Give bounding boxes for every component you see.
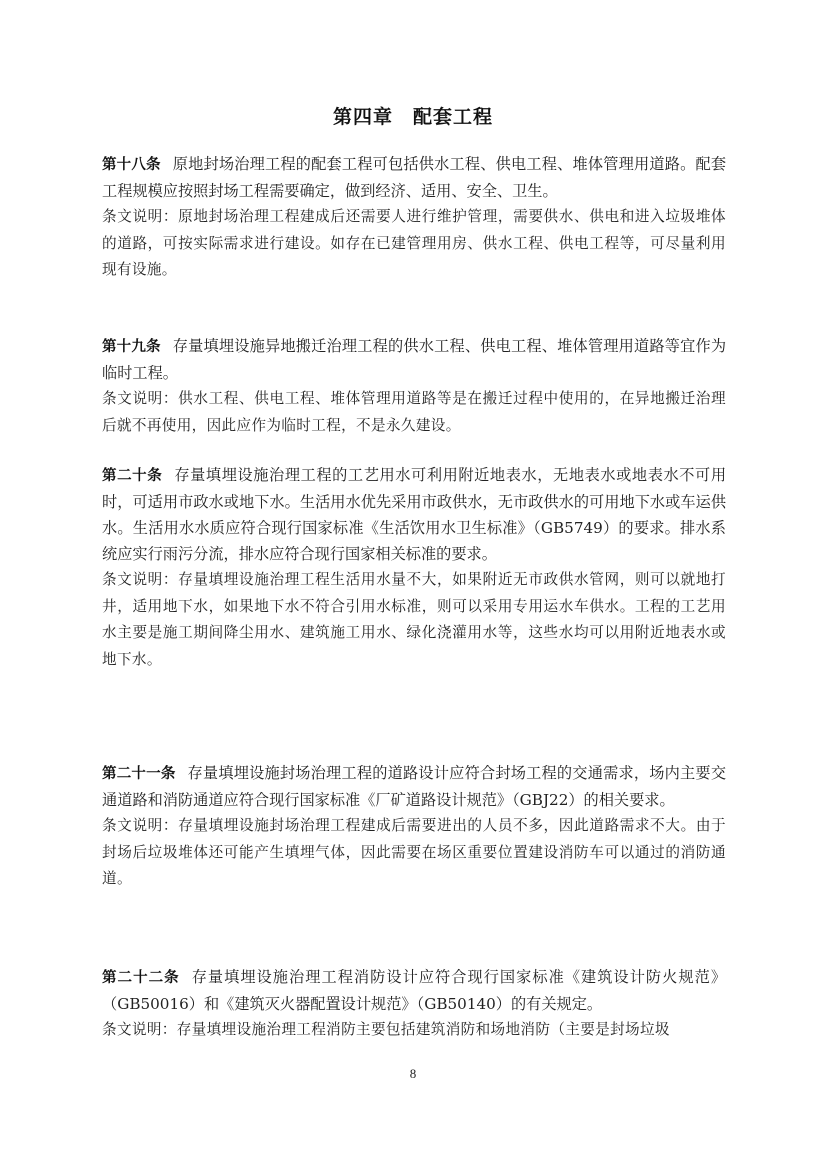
article-body: 存量填埋设施异地搬迁治理工程的供水工程、供电工程、堆体管理用道路等宜作为临时工程… xyxy=(102,337,726,382)
article-explanation: 条文说明：存量填埋设施封场治理工程建成后需要进出的人员不多，因此道路需求不大。由… xyxy=(102,813,726,893)
article-body: 存量填埋设施封场治理工程的道路设计应符合封场工程的交通需求，场内主要交通道路和消… xyxy=(102,764,726,809)
article-explanation: 条文说明：原地封场治理工程建成后还需要人进行维护管理，需要供水、供电和进入垃圾堆… xyxy=(102,204,726,284)
article-18: 第十八条原地封场治理工程的配套工程可包括供水工程、供电工程、堆体管理用道路。配套… xyxy=(102,151,726,284)
article-number: 第二十一条 xyxy=(102,766,176,782)
document-page: 第四章 配套工程 第十八条原地封场治理工程的配套工程可包括供水工程、供电工程、堆… xyxy=(0,0,826,1169)
article-21: 第二十一条存量填埋设施封场治理工程的道路设计应符合封场工程的交通需求，场内主要交… xyxy=(102,760,726,893)
article-explanation: 条文说明：供水工程、供电工程、堆体管理用道路等是在搬迁过程中使用的，在异地搬迁治… xyxy=(102,386,726,439)
article-body: 存量填埋设施治理工程消防设计应符合现行国家标准《建筑设计防火规范》（GB5001… xyxy=(102,968,726,1013)
article-body: 存量填埋设施治理工程的工艺用水可利用附近地表水，无地表水或地表水不可用时，可适用… xyxy=(102,466,726,563)
article-20: 第二十条存量填埋设施治理工程的工艺用水可利用附近地表水，无地表水或地表水不可用时… xyxy=(102,462,726,673)
article-text: 第二十一条存量填埋设施封场治理工程的道路设计应符合封场工程的交通需求，场内主要交… xyxy=(102,760,726,813)
article-number: 第二十条 xyxy=(102,468,162,484)
article-explanation: 条文说明：存量填埋设施治理工程生活用水量不大，如果附近无市政供水管网，则可以就地… xyxy=(102,567,726,673)
article-body: 原地封场治理工程的配套工程可包括供水工程、供电工程、堆体管理用道路。配套工程规模… xyxy=(102,155,726,200)
page-number: 8 xyxy=(0,1066,826,1082)
chapter-title: 第四章 配套工程 xyxy=(0,102,826,129)
article-text: 第十九条存量填埋设施异地搬迁治理工程的供水工程、供电工程、堆体管理用道路等宜作为… xyxy=(102,333,726,386)
article-explanation: 条文说明：存量填埋设施治理工程消防主要包括建筑消防和场地消防（主要是封场垃圾 xyxy=(102,1017,726,1044)
article-text: 第二十条存量填埋设施治理工程的工艺用水可利用附近地表水，无地表水或地表水不可用时… xyxy=(102,462,726,567)
article-text: 第二十二条存量填埋设施治理工程消防设计应符合现行国家标准《建筑设计防火规范》（G… xyxy=(102,964,726,1017)
article-text: 第十八条原地封场治理工程的配套工程可包括供水工程、供电工程、堆体管理用道路。配套… xyxy=(102,151,726,204)
article-number: 第十九条 xyxy=(102,339,161,355)
article-number: 第二十二条 xyxy=(102,970,180,986)
article-number: 第十八条 xyxy=(102,157,161,173)
article-19: 第十九条存量填埋设施异地搬迁治理工程的供水工程、供电工程、堆体管理用道路等宜作为… xyxy=(102,333,726,439)
article-22: 第二十二条存量填埋设施治理工程消防设计应符合现行国家标准《建筑设计防火规范》（G… xyxy=(102,964,726,1044)
